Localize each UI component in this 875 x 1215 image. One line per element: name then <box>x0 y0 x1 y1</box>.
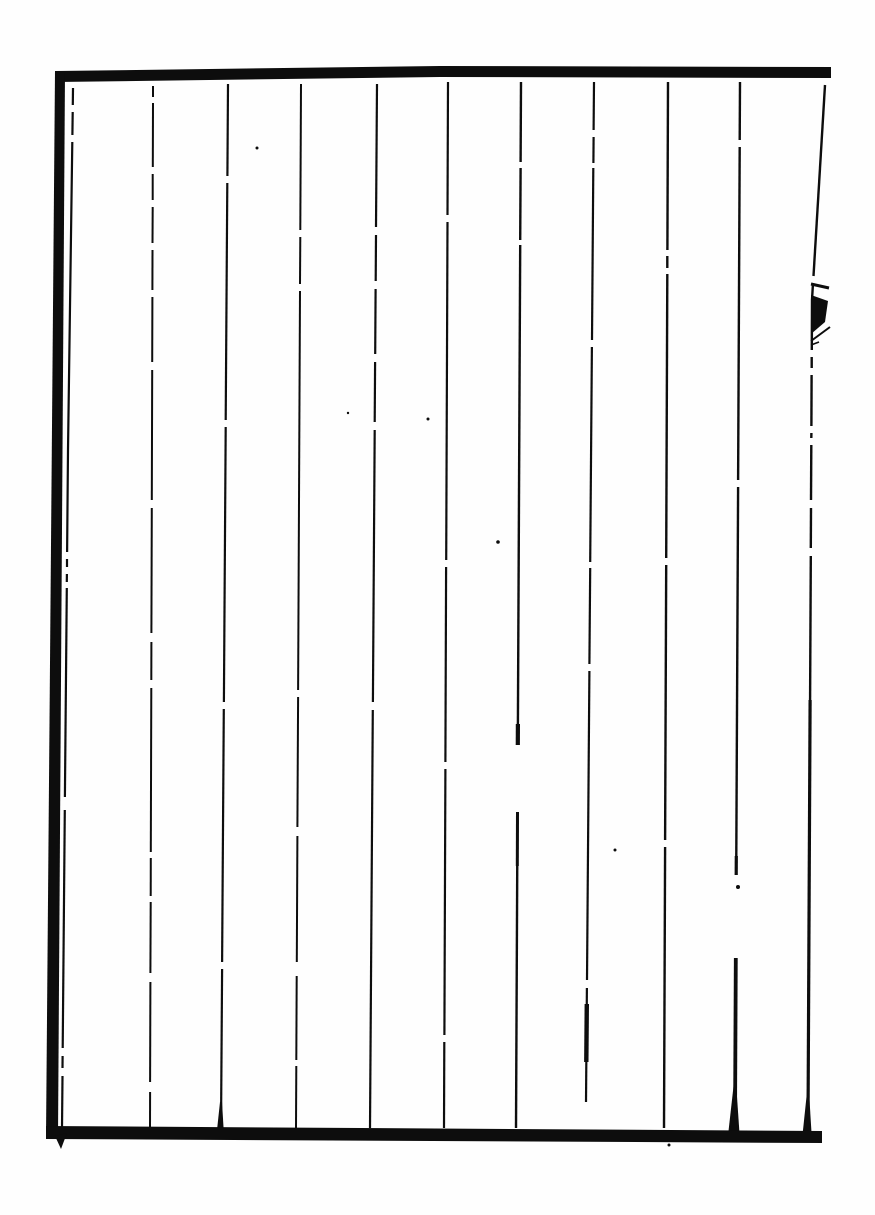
column-rule-segment <box>446 222 447 560</box>
column-rule-segment <box>65 588 67 797</box>
column-rule-segment <box>370 710 373 1128</box>
ink-speck <box>427 418 430 421</box>
column-rule-2 <box>150 86 153 1128</box>
ink-speck <box>347 412 349 414</box>
column-rule-segment <box>589 568 590 664</box>
book-leaf-svg <box>0 0 875 1215</box>
column-rule-segment <box>227 84 228 176</box>
column-rule-thick-segment <box>586 1004 587 1062</box>
frame-bottom-border <box>46 1126 822 1143</box>
ink-speck <box>668 1144 671 1147</box>
column-rule-segment <box>373 430 375 702</box>
ink-speck <box>736 885 740 889</box>
column-rule-segment <box>664 847 665 1128</box>
column-rule-segment <box>151 688 152 852</box>
frame-top-border <box>56 66 831 82</box>
column-rule-segment <box>448 82 449 215</box>
column-rule-segment <box>445 567 446 762</box>
column-rule-segment <box>444 769 445 1035</box>
column-rule-8 <box>586 82 594 1102</box>
column-rule-4 <box>296 84 301 1128</box>
column-rule-segment <box>587 671 589 980</box>
column-rule-segment <box>590 347 592 562</box>
column-rule-10 <box>728 82 740 1132</box>
column-rule-6 <box>444 82 448 1128</box>
column-rule-segment <box>736 487 738 875</box>
column-rule-segment <box>298 291 300 690</box>
column-rule-segment <box>738 147 740 480</box>
column-rule-segment <box>297 697 298 827</box>
column-rule-segment <box>300 84 301 230</box>
column-rule-foot-wedge <box>803 1092 812 1134</box>
column-rule-segment <box>67 142 72 552</box>
column-rule-segment <box>814 85 826 276</box>
column-rule-segment <box>222 709 224 962</box>
column-rule-segment <box>224 427 226 702</box>
ink-speck <box>614 849 617 852</box>
column-rule-segment <box>63 810 65 1048</box>
column-rule-3 <box>217 84 228 1132</box>
column-rule-11 <box>803 85 825 1134</box>
column-rule-segment <box>62 1076 63 1128</box>
column-rule-segment <box>666 274 667 558</box>
column-rule-segment <box>226 183 228 420</box>
column-rule-segment <box>297 836 298 962</box>
column-rule-segment <box>592 168 593 340</box>
scanned-book-leaf <box>0 0 875 1215</box>
column-rule-foot-wedge <box>728 1082 739 1132</box>
column-rule-segment <box>667 82 668 250</box>
ink-speck <box>256 147 259 150</box>
column-rule-segment <box>518 245 520 745</box>
column-rule-segment <box>376 84 377 227</box>
frame-left-border <box>46 71 65 1137</box>
column-rule-9 <box>664 82 668 1128</box>
flag-ink-mark <box>811 284 830 345</box>
ink-speck <box>496 540 500 544</box>
flag-body <box>811 295 828 334</box>
column-rule-7 <box>516 82 521 1128</box>
column-rule-thick-segment <box>808 700 810 1126</box>
column-rule-5 <box>370 84 377 1128</box>
column-rule-segment <box>665 565 666 840</box>
